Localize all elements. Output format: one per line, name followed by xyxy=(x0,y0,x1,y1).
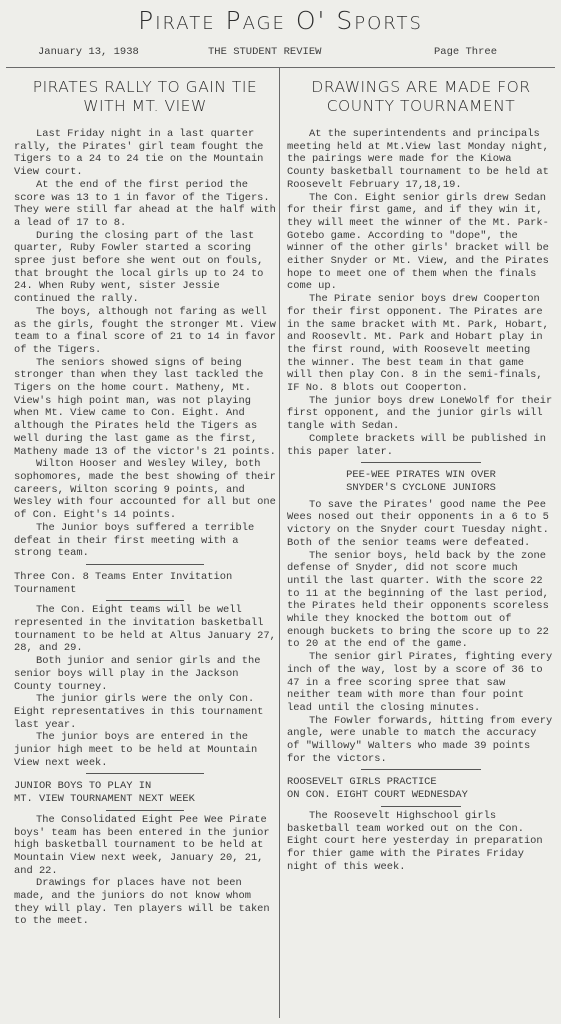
subhead-junior-boys: JUNIOR BOYS TO PLAY IN MT. VIEW TOURNAME… xyxy=(14,780,276,805)
article-paragraph: The senior boys, held back by the zone d… xyxy=(287,550,555,652)
section-separator xyxy=(361,769,482,770)
subhead-line: ROOSEVELT GIRLS PRACTICE xyxy=(287,776,555,789)
publication-name: THE STUDENT REVIEW xyxy=(208,46,321,58)
masthead-rule xyxy=(6,67,555,68)
subhead-roosevelt-girls: ROOSEVELT GIRLS PRACTICE ON CON. EIGHT C… xyxy=(287,776,555,801)
article-paragraph: The Fowler forwards, hitting from every … xyxy=(287,715,555,766)
article-paragraph: The senior girl Pirates, fighting every … xyxy=(287,651,555,715)
headline-pirates-rally: PIRATES RALLY TO GAIN TIE WITH MT. VIEW xyxy=(14,78,276,116)
section-separator xyxy=(106,600,185,601)
subhead-line: MT. VIEW TOURNAMENT NEXT WEEK xyxy=(14,793,276,806)
newspaper-page: Pirate Page O' Sports January 13, 1938 T… xyxy=(0,0,561,1024)
article-paragraph: During the closing part of the last quar… xyxy=(14,230,276,306)
article-paragraph: Complete brackets will be published in t… xyxy=(287,433,555,458)
section-separator xyxy=(86,773,204,774)
section-separator xyxy=(106,810,185,811)
column-divider xyxy=(279,68,280,1018)
article-paragraph: The Roosevelt Highschool girls basketbal… xyxy=(287,810,555,874)
dateline: January 13, 1938 THE STUDENT REVIEW Page… xyxy=(0,46,561,60)
article-paragraph: The junior boys are entered in the junio… xyxy=(14,731,276,769)
article-paragraph: To save the Pirates' good name the Pee W… xyxy=(287,499,555,550)
article-paragraph: The seniors showed signs of being strong… xyxy=(14,357,276,459)
subhead-line: PEE-WEE PIRATES WIN OVER xyxy=(287,469,555,482)
section-separator xyxy=(86,564,204,565)
article-paragraph: The Con. Eight teams will be well repres… xyxy=(14,604,276,655)
subhead-line: JUNIOR BOYS TO PLAY IN xyxy=(14,780,276,793)
article-paragraph: At the superintendents and principals me… xyxy=(287,128,555,192)
issue-date: January 13, 1938 xyxy=(38,46,139,58)
article-paragraph: The Consolidated Eight Pee Wee Pirate bo… xyxy=(14,814,276,878)
page-number: Page Three xyxy=(434,46,497,58)
section-separator xyxy=(361,462,482,463)
section-separator xyxy=(381,806,461,807)
article-paragraph: The Junior boys suffered a terrible defe… xyxy=(14,522,276,560)
article-paragraph: The Con. Eight senior girls drew Sedan f… xyxy=(287,192,555,294)
headline-drawings-made: DRAWINGS ARE MADE FOR COUNTY TOURNAMENT xyxy=(287,78,555,116)
article-paragraph: Wilton Hooser and Wesley Wiley, both sop… xyxy=(14,458,276,522)
left-column: PIRATES RALLY TO GAIN TIE WITH MT. VIEW … xyxy=(14,72,276,928)
right-column: DRAWINGS ARE MADE FOR COUNTY TOURNAMENT … xyxy=(287,72,555,873)
article-paragraph: Drawings for places have not been made, … xyxy=(14,877,276,928)
article-paragraph: The junior girls were the only Con. Eigh… xyxy=(14,693,276,731)
masthead-title: Pirate Page O' Sports xyxy=(0,6,561,35)
subhead-invitation-tournament: Three Con. 8 Teams Enter Invitation Tour… xyxy=(14,571,276,596)
subhead-line: SNYDER'S CYCLONE JUNIORS xyxy=(287,482,555,495)
article-paragraph: Last Friday night in a last quarter rall… xyxy=(14,128,276,179)
article-paragraph: At the end of the first period the score… xyxy=(14,179,276,230)
article-paragraph: The boys, although not faring as well as… xyxy=(14,306,276,357)
article-paragraph: The Pirate senior boys drew Cooperton fo… xyxy=(287,293,555,395)
article-paragraph: Both junior and senior girls and the sen… xyxy=(14,655,276,693)
subhead-line: ON CON. EIGHT COURT WEDNESDAY xyxy=(287,789,555,802)
subhead-pee-wee-pirates: PEE-WEE PIRATES WIN OVER SNYDER'S CYCLON… xyxy=(287,469,555,494)
article-paragraph: The junior boys drew LoneWolf for their … xyxy=(287,395,555,433)
